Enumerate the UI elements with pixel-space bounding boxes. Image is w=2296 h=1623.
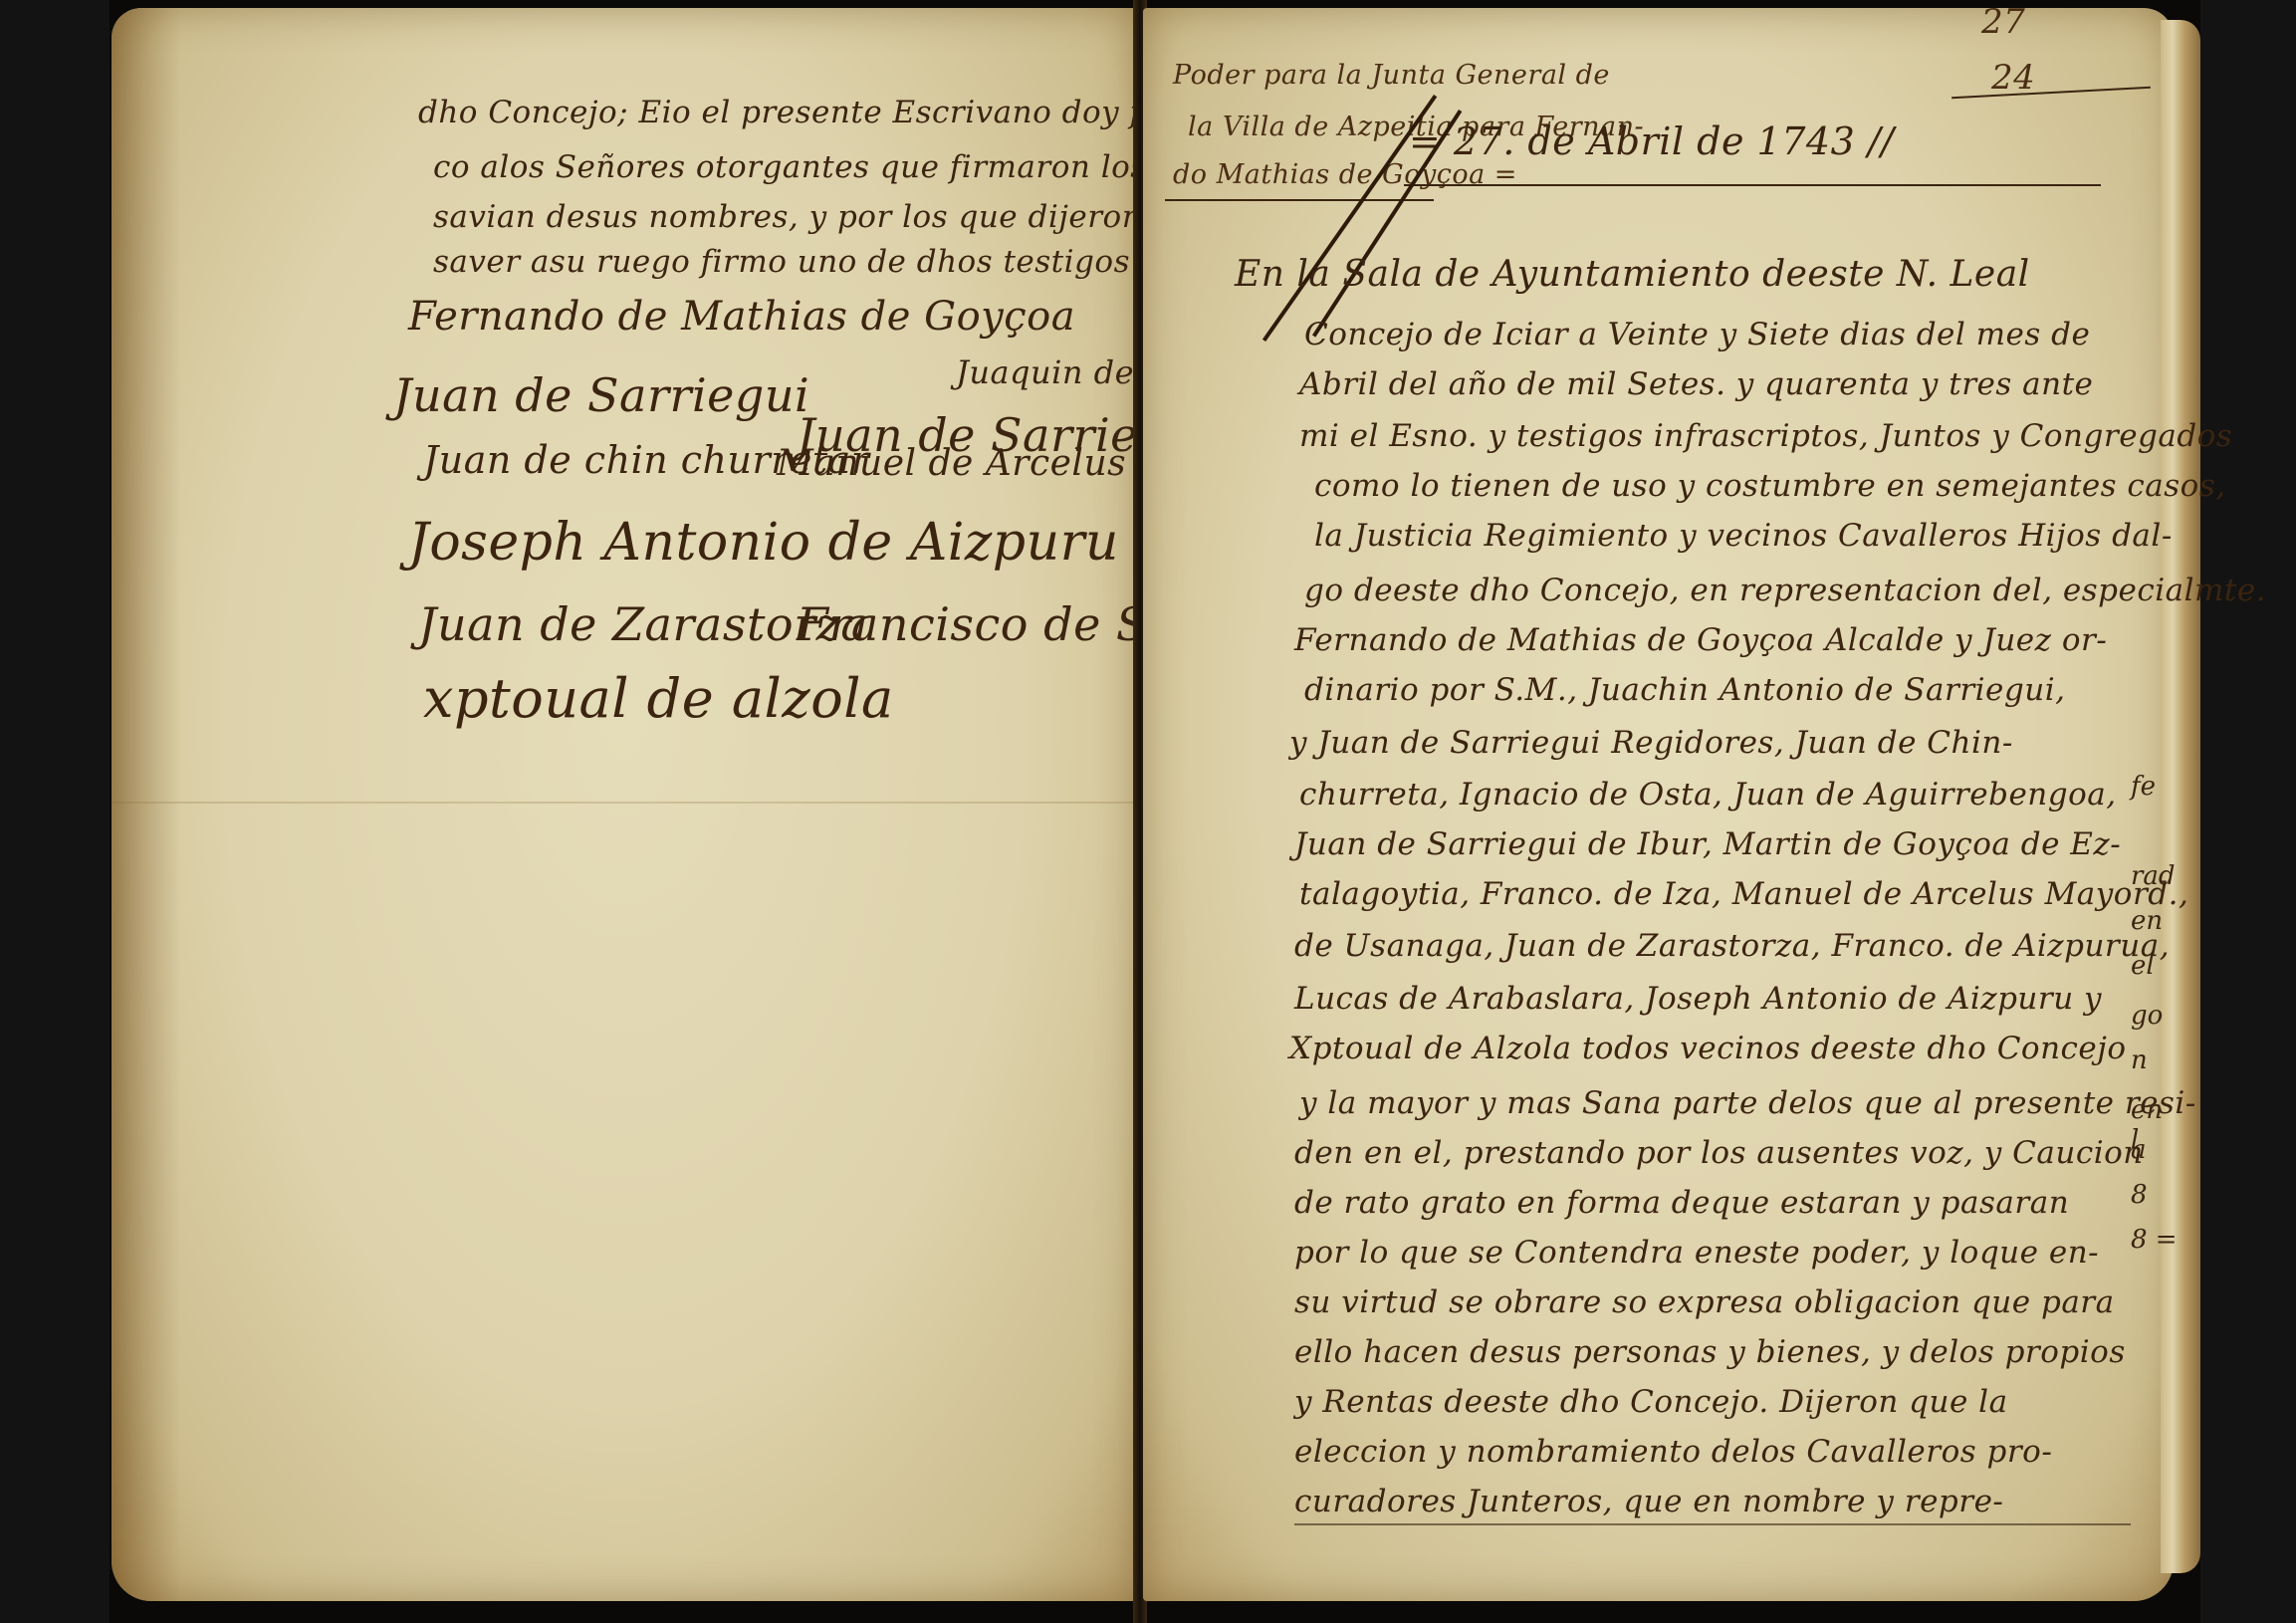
document-viewer: dho Concejo; Eio el presente Escrivano d…: [0, 0, 2296, 1623]
left-line-3: savian desus nombres, y por los que dije…: [433, 199, 1203, 235]
left-line-4: saver asu ruego firmo uno de dhos testig…: [433, 244, 1167, 280]
edge-fragment-5: go: [2131, 1001, 2163, 1031]
signature-juan-sarriegui-1: Juan de Sarriegui: [393, 368, 809, 422]
body-line-6: la Justicia Regimiento y vecinos Cavalle…: [1314, 518, 2173, 554]
body-line-2: Concejo de Iciar a Veinte y Siete dias d…: [1304, 317, 2090, 352]
fold-line: [112, 802, 1137, 804]
body-line-10: y Juan de Sarriegui Regidores, Juan de C…: [1289, 725, 2013, 761]
edge-fragment-6: n: [2131, 1045, 2148, 1075]
body-line-4: mi el Esno. y testigos infrascriptos, Ju…: [1299, 418, 2232, 454]
page-edge-stack: [2161, 20, 2200, 1573]
left-page-edge-stain: [112, 8, 181, 1601]
body-line-19: de rato grato en forma deque estaran y p…: [1294, 1185, 2069, 1221]
body-line-5: como lo tienen de uso y costumbre en sem…: [1314, 468, 2226, 504]
signature-fernando-goycoa: Fernando de Mathias de Goyçoa: [408, 294, 1075, 340]
body-line-17: y la mayor y mas Sana parte delos que al…: [1299, 1085, 2196, 1121]
body-line-12: Juan de Sarriegui de Ibur, Martin de Goy…: [1294, 826, 2121, 862]
edge-fragment-7: en: [2131, 1095, 2163, 1125]
body-line-24: eleccion y nombramiento delos Cavalleros…: [1294, 1434, 2052, 1470]
folio-number: 24: [1991, 58, 2035, 98]
edge-fragment-2: rad: [2131, 861, 2176, 891]
body-line-13: talagoytia, Franco. de Iza, Manuel de Ar…: [1299, 876, 2188, 912]
folio-number-top: 27: [1981, 2, 2025, 42]
bottom-rule: [1294, 1523, 2131, 1525]
edge-fragment-9: a: [2131, 1135, 2147, 1165]
left-line-2: co alos Señores otorgantes que firmaron …: [433, 149, 1217, 185]
body-line-16: Xptoual de Alzola todos vecinos deeste d…: [1289, 1031, 2127, 1066]
body-line-15: Lucas de Arabaslara, Joseph Antonio de A…: [1294, 981, 2102, 1017]
body-line-18: den en el, prestando por los ausentes vo…: [1294, 1135, 2144, 1171]
body-line-1: En la Sala de Ayuntamiento deeste N. Lea…: [1235, 254, 2030, 295]
signature-joseph-antonio-aizpuru: Joseph Antonio de Aizpuru: [408, 513, 1119, 573]
signature-manuel-arcelus: Manuel de Arcelus: [777, 443, 1126, 484]
date-underline: [1404, 184, 2101, 186]
body-line-22: ello hacen desus personas y bienes, y de…: [1294, 1334, 2126, 1370]
signature-xptoual-alzola: xptoual de alzola: [423, 667, 894, 730]
signature-francisco-sa: Francisco de Sa: [797, 597, 1176, 651]
margin-heading-1: Poder para la Junta General de: [1173, 60, 1610, 91]
edge-fragment-3: en: [2131, 906, 2163, 936]
body-line-8: Fernando de Mathias de Goyçoa Alcalde y …: [1294, 622, 2107, 658]
body-line-25: curadores Junteros, que en nombre y repr…: [1294, 1484, 2003, 1519]
date-heading: = 27. de Abril de 1743 //: [1409, 119, 1894, 163]
body-line-23: y Rentas deeste dho Concejo. Dijeron que…: [1294, 1384, 2008, 1420]
body-line-3: Abril del año de mil Setes. y quarenta y…: [1299, 366, 2093, 402]
body-line-7: go deeste dho Concejo, en representacion…: [1304, 573, 2266, 608]
body-line-14: de Usanaga, Juan de Zarastorza, Franco. …: [1294, 928, 2170, 964]
edge-fragment-1: fe: [2131, 772, 2156, 802]
body-line-11: churreta, Ignacio de Osta, Juan de Aguir…: [1299, 777, 2117, 812]
margin-heading-rule: [1165, 199, 1434, 201]
edge-fragment-11: 8 =: [2131, 1225, 2178, 1255]
edge-fragment-10: 8: [2131, 1180, 2148, 1210]
body-line-9: dinario por S.M., Juachin Antonio de Sar…: [1304, 672, 2065, 708]
body-line-21: su virtud se obrare so expresa obligacio…: [1294, 1284, 2115, 1320]
body-line-20: por lo que se Contendra eneste poder, y …: [1294, 1235, 2099, 1271]
edge-fragment-4: el: [2131, 951, 2155, 981]
